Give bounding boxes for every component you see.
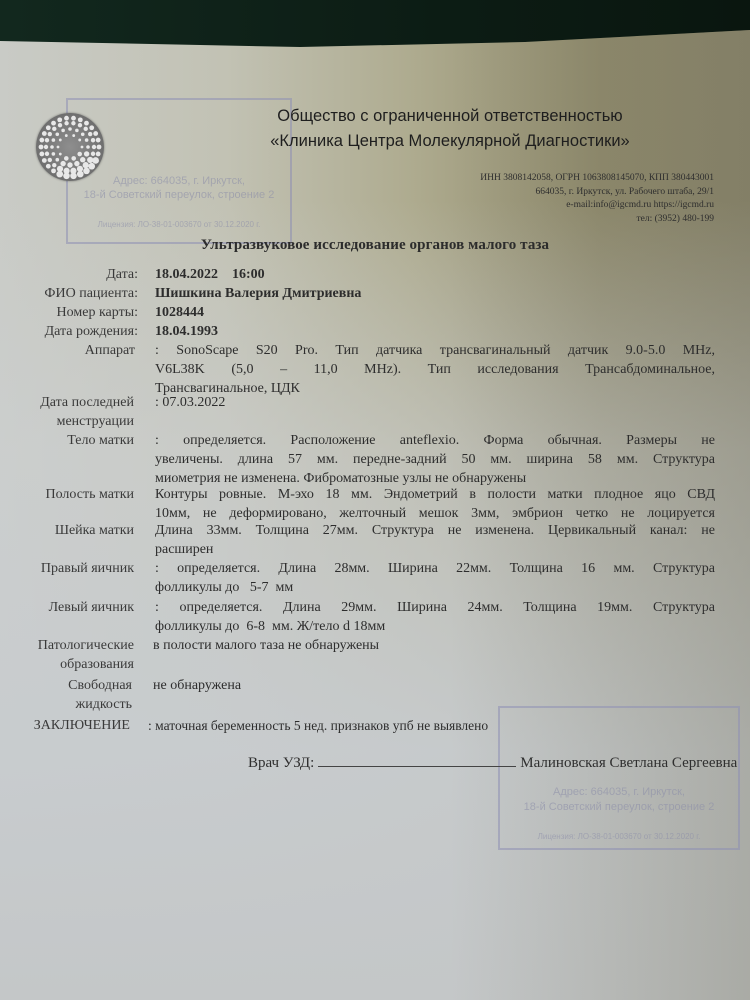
stamp-address-line2: 18-й Советский переулок, строение 2 <box>500 801 738 813</box>
value-line: Длина 33мм. Толщина 27мм. Структура не и… <box>155 521 715 540</box>
value-line: : определяется. Длина 29мм. Ширина 24мм.… <box>155 598 715 617</box>
signature-line <box>318 752 516 767</box>
doctor-name: Малиновская Светлана Сергеевна <box>520 755 737 771</box>
requisites-address: 664035, г. Иркутск, ул. Рабочего штаба, … <box>480 186 714 200</box>
field-value: : 07.03.2022 <box>155 393 715 412</box>
value-line: Контуры ровные. М-эхо 18 мм. Эндометрий … <box>155 485 715 504</box>
field-label: ФИО пациента: <box>44 284 138 303</box>
field-label: Дата рождения: <box>45 322 138 341</box>
stamp-license: Лицензия: ЛО-38-01-003670 от 30.12.2020 … <box>68 220 290 229</box>
requisites-phone: тел: (3952) 480-199 <box>480 213 714 227</box>
requisites-email-web: e-mail:info@igcmd.ru https://igcmd.ru <box>480 199 714 213</box>
field-label: Дата последней <box>40 393 134 412</box>
field-value: : SonoScape S20 Pro. Тип датчика трансва… <box>155 341 715 398</box>
field-value: Контуры ровные. М-эхо 18 мм. Эндометрий … <box>155 485 715 523</box>
field-label: Полость матки <box>45 485 134 504</box>
field-value: : определяется. Длина 29мм. Ширина 24мм.… <box>155 598 715 636</box>
field-value: Длина 33мм. Толщина 27мм. Структура не и… <box>155 521 715 559</box>
field-value: Шишкина Валерия Дмитриевна <box>155 284 715 303</box>
field-label: Аппарат <box>85 341 135 360</box>
field-value: : определяется. Длина 28мм. Ширина 22мм.… <box>155 559 715 597</box>
value-line: : определяется. Длина 28мм. Ширина 22мм.… <box>155 559 715 578</box>
field-value: 18.04.2022 16:00 <box>155 265 715 284</box>
value-line: фолликулы до 6-8 мм. Ж/тело d 18мм <box>155 617 715 636</box>
value-line: : определяется. Расположение anteflexio.… <box>155 431 715 450</box>
document-page: Адрес: 664035, г. Иркутск, 18-й Советски… <box>0 0 750 1000</box>
signature-label: Врач УЗД: <box>248 755 314 771</box>
clinic-logo-icon <box>36 113 104 181</box>
field-label-cont: образования <box>60 655 134 674</box>
field-value: 18.04.1993 <box>155 322 715 341</box>
doctor-signature: Врач УЗД:Малиновская Светлана Сергеевна <box>248 752 737 772</box>
field-label: Левый яичник <box>49 598 134 617</box>
requisites-tax-ids: ИНН 3808142058, ОГРН 1063808145070, КПП … <box>480 172 714 186</box>
organization-legal-form: Общество с ограниченной ответственностью <box>180 107 720 126</box>
clinic-stamp-bottom: Адрес: 664035, г. Иркутск, 18-й Советски… <box>498 706 740 850</box>
field-value: в полости малого таза не обнаружены <box>153 636 713 655</box>
field-label: Патологические <box>38 636 134 655</box>
field-value: не обнаружена <box>153 676 713 695</box>
value-line: фолликулы до 5-7 мм <box>155 578 715 597</box>
value-line: V6L38K (5,0 – 11,0 MHz). Тип исследовани… <box>155 360 715 379</box>
field-label-cont: менструации <box>57 412 134 431</box>
field-label: Шейка матки <box>55 521 134 540</box>
field-label: Дата: <box>106 265 138 284</box>
field-value: : определяется. Расположение anteflexio.… <box>155 431 715 488</box>
organization-name: «Клиника Центра Молекулярной Диагностики… <box>180 132 720 151</box>
field-label: Номер карты: <box>57 303 138 322</box>
field-label: Правый яичник <box>41 559 134 578</box>
value-line: : SonoScape S20 Pro. Тип датчика трансва… <box>155 341 715 360</box>
document-title: Ультразвуковое исследование органов мало… <box>0 237 750 254</box>
organization-requisites: ИНН 3808142058, ОГРН 1063808145070, КПП … <box>480 172 714 226</box>
stamp-address-line1: Адрес: 664035, г. Иркутск, <box>500 786 738 798</box>
field-label: Тело матки <box>67 431 134 450</box>
field-value: 1028444 <box>155 303 715 322</box>
stamp-address-line2: 18-й Советский переулок, строение 2 <box>68 189 290 201</box>
value-line: расширен <box>155 540 715 559</box>
field-label: ЗАКЛЮЧЕНИЕ <box>34 716 130 735</box>
stamp-license: Лицензия: ЛО-38-01-003670 от 30.12.2020 … <box>500 832 738 841</box>
field-label: Свободная <box>68 676 132 695</box>
field-label-cont: жидкость <box>76 695 132 714</box>
value-line: увеличены. длина 57 мм. передне-задний 5… <box>155 450 715 469</box>
